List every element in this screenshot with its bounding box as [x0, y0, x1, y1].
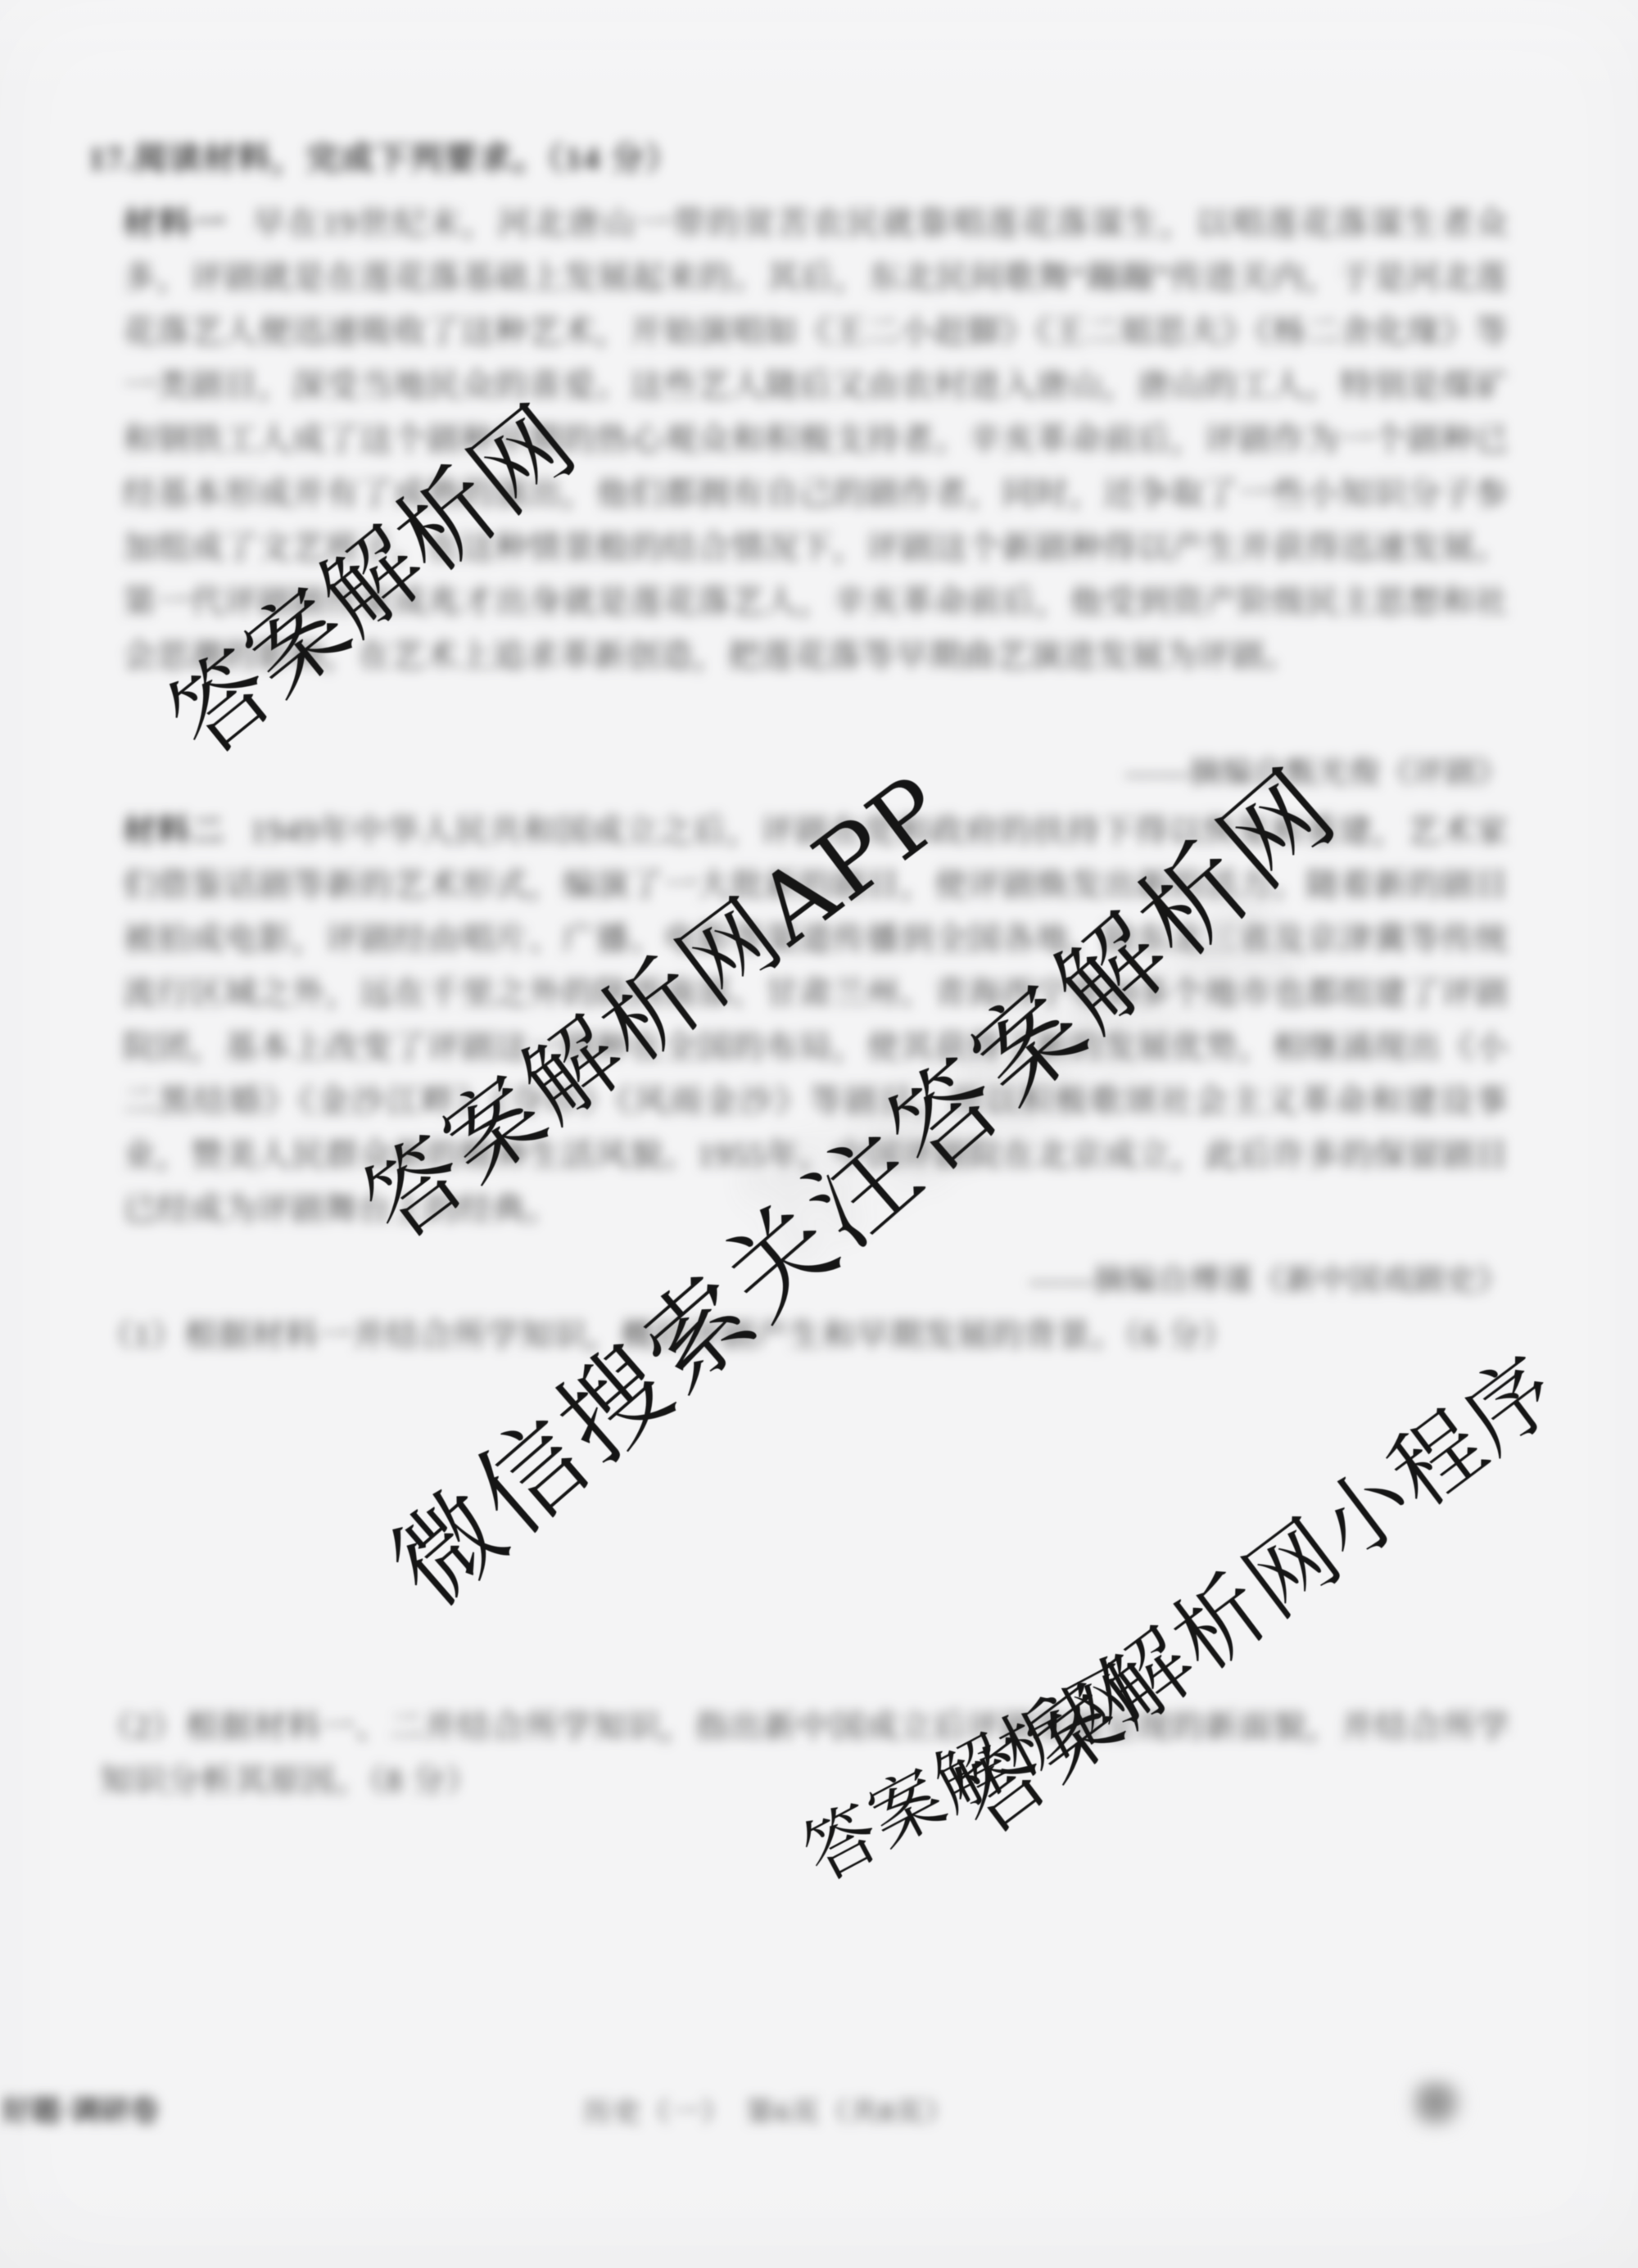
material-2-source: ——摘编自傅谨《新中国戏剧史》: [1029, 1254, 1509, 1299]
sub-question-2: （2）根据材料一、二并结合所学知识，指出新中国成立后评剧发展呈现的新面貌，并结合…: [100, 1700, 1510, 1808]
footer-page-number: 历史（一） 第6页（共8页）: [583, 2090, 954, 2130]
material-1-source: ——摘编自甄光俊《评剧》: [1125, 747, 1509, 792]
question-17-title: 17.阅读材料，完成下列要求。（14 分）: [88, 133, 680, 179]
scanned-exam-page: 17.阅读材料，完成下列要求。（14 分） 材料一早在19世纪末，河北唐山一带的…: [0, 0, 1638, 2268]
footer-corner-mark: [1412, 2080, 1464, 2127]
material-1-label: 材料一: [123, 205, 228, 242]
footer-paper-series: 好题·调研卷: [2, 2088, 159, 2130]
material-2-label: 材料二: [123, 812, 225, 849]
